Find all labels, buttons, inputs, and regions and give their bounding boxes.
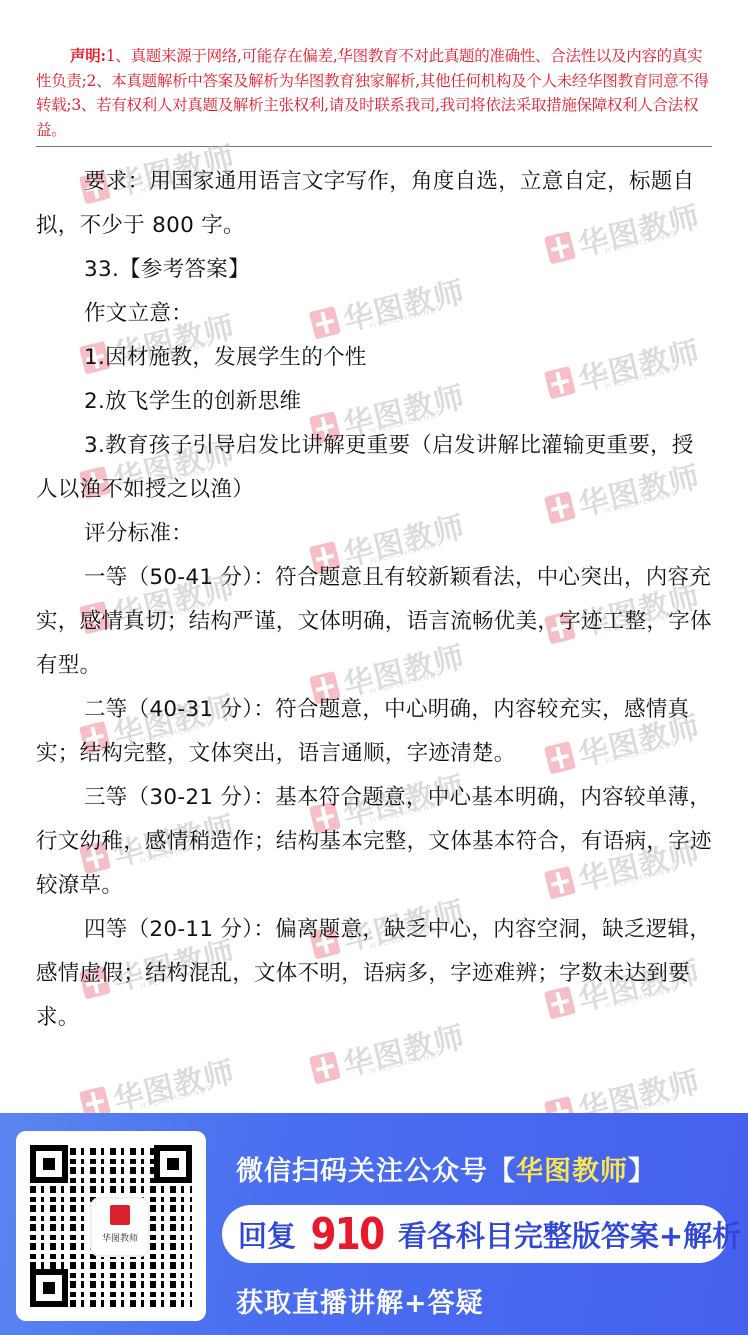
- promo-banner: 华图教师 微信扫码关注公众号【华图教师】 回复 910 看各科目完整版答案+解析…: [0, 1113, 748, 1335]
- requirement: 要求：用国家通用语言文字写作，角度自选，立意自定，标题自拟，不少于 800 字。: [36, 160, 712, 248]
- brand-logo-icon: [110, 1205, 130, 1225]
- qr-code-card[interactable]: 华图教师: [16, 1131, 206, 1321]
- reply-number: 910: [310, 1209, 383, 1260]
- disclaimer-text: 1、真题来源于网络,可能存在偏差,华图教育不对此真题的准确性、合法性以及内容的真…: [36, 47, 709, 139]
- grading-heading: 评分标准：: [36, 512, 712, 556]
- answer-body: 要求：用国家通用语言文字写作，角度自选，立意自定，标题自拟，不少于 800 字。…: [36, 160, 712, 1040]
- disclaimer: 声明:1、真题来源于网络,可能存在偏差,华图教育不对此真题的准确性、合法性以及内…: [36, 44, 712, 142]
- brand-name: 华图教师: [516, 1156, 628, 1187]
- grade-item: 四等（20-11 分）：偏离题意，缺乏中心，内容空洞，缺乏逻辑，感情虚假；结构混…: [36, 908, 712, 1040]
- disclaimer-lead: 声明:: [70, 46, 106, 65]
- live-text: 获取直播讲解+答疑: [236, 1281, 484, 1320]
- divider: [36, 146, 712, 147]
- reply-pill: 回复 910 看各科目完整版答案+解析: [222, 1205, 728, 1263]
- watermark-logo-icon: [309, 1051, 341, 1084]
- follow-text: 微信扫码关注公众号【华图教师】: [236, 1149, 656, 1188]
- qr-finder-icon: [30, 1269, 68, 1307]
- answer-heading: 33.【参考答案】: [36, 248, 712, 292]
- grade-item: 二等（40-31 分）：符合题意，中心明确，内容较充实，感情真实；结构完整，文体…: [36, 688, 712, 776]
- theme-heading: 作文立意：: [36, 292, 712, 336]
- qr-finder-icon: [154, 1145, 192, 1183]
- grade-item: 三等（30-21 分）：基本符合题意，中心基本明确，内容较单薄，行文幼稚，感情稍…: [36, 776, 712, 908]
- theme-item: 1.因材施教，发展学生的个性: [36, 336, 712, 380]
- theme-item: 3.教育孩子引导启发比讲解更重要（启发讲解比灌输更重要，授人以渔不如授之以渔）: [36, 424, 712, 512]
- grade-item: 一等（50-41 分）：符合题意且有较新颖看法，中心突出，内容充实，感情真切；结…: [36, 556, 712, 688]
- qr-finder-icon: [30, 1145, 68, 1183]
- qr-center-logo: 华图教师: [92, 1199, 148, 1255]
- theme-item: 2.放飞学生的创新思维: [36, 380, 712, 424]
